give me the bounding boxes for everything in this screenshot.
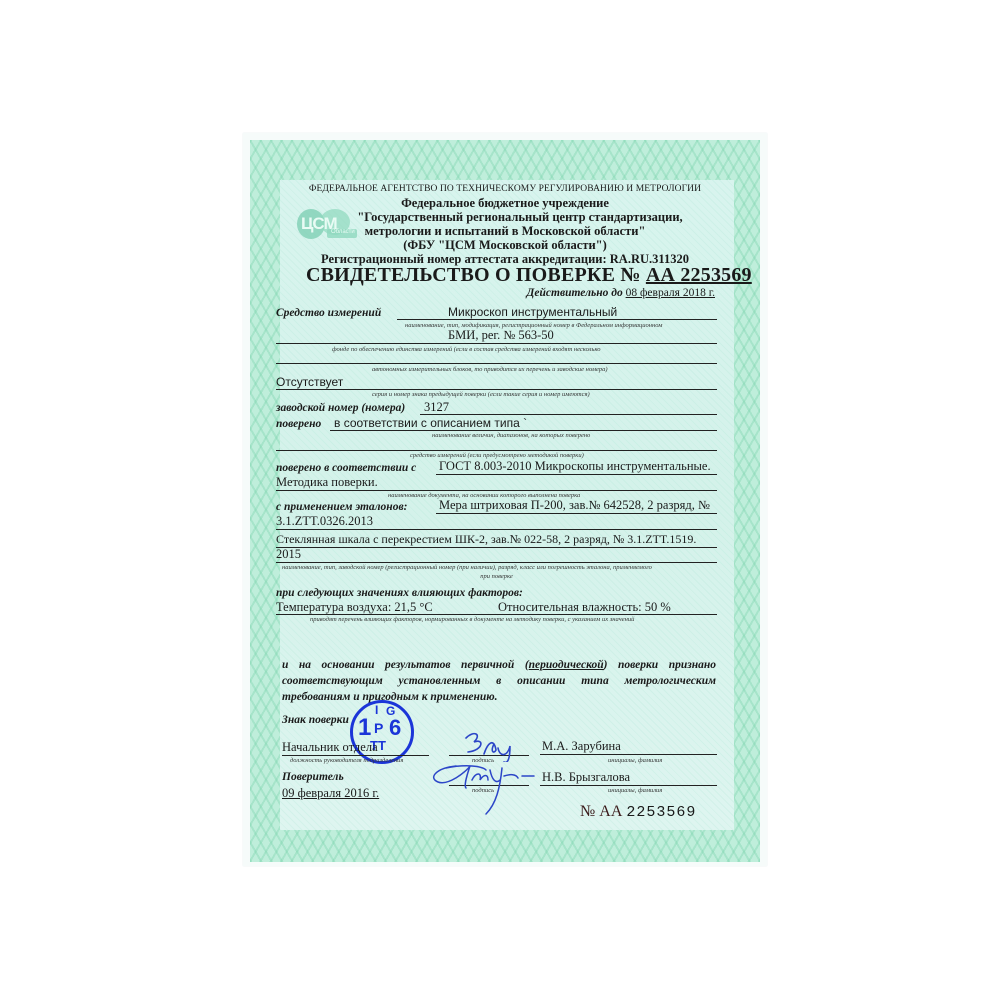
verifier-name: Н.В. Брызгалова	[542, 770, 630, 785]
verifier-label: Поверитель	[282, 771, 344, 783]
institution-name-line1: "Государственный региональный центр стан…	[265, 210, 775, 225]
method-value-2: Методика поверки.	[276, 475, 378, 490]
head-signature-icon	[460, 728, 530, 762]
standards-value-3: Стеклянная шкала с перекрестием ШК-2, за…	[276, 532, 696, 547]
conclusion-emphasis: периодической	[529, 659, 604, 671]
temperature-value: Температура воздуха: 21,5 °С	[276, 600, 433, 615]
certificate-title-prefix: СВИДЕТЕЛЬСТВО О ПОВЕРКЕ №	[306, 264, 641, 286]
standards-value-4: 2015	[276, 547, 301, 562]
certificate-number: АА 2253569	[646, 264, 752, 286]
head-name-hint: инициалы, фамилия	[608, 757, 662, 764]
instrument-value: Микроскоп инструментальный	[448, 305, 617, 319]
verifier-date: 09 февраля 2016 г.	[282, 786, 379, 801]
head-name: М.А. Зарубина	[542, 739, 621, 754]
conclusion-text: и на основании результатов первичной (пе…	[282, 657, 716, 705]
previous-mark-value: Отсутствует	[276, 375, 343, 389]
verifier-name-hint: инициалы, фамилия	[608, 787, 662, 794]
document-number: № АА 2253569	[580, 803, 696, 821]
factors-hint: приводят перечень влияющих факторов, нор…	[310, 616, 634, 623]
serial-number-value: 3127	[424, 400, 449, 415]
verified-hint-2: средство измерений (если предусмотрено м…	[410, 452, 584, 459]
document-number-prefix: № АА	[580, 803, 622, 820]
agency-name: ФЕДЕРАЛЬНОЕ АГЕНТСТВО ПО ТЕХНИЧЕСКОМУ РЕ…	[250, 184, 760, 194]
method-value-1: ГОСТ 8.003-2010 Микроскопы инструменталь…	[439, 459, 711, 474]
valid-until-date: 08 февраля 2018 г.	[626, 287, 715, 299]
standards-value-1: Мера штриховая П-200, зав.№ 642528, 2 ра…	[439, 498, 710, 513]
humidity-value: Относительная влажность: 50 %	[498, 600, 671, 615]
verifier-signature-icon	[426, 758, 542, 818]
stamp-center: P	[374, 720, 383, 736]
serial-number-label: заводской номер (номера)	[276, 402, 405, 414]
method-label: поверено в соответствии с	[276, 462, 416, 474]
standards-label: с применением эталонов:	[276, 501, 407, 513]
valid-until: Действительно до 08 февраля 2018 г.	[527, 287, 715, 299]
head-position-hint: должность руководителя подразделения	[290, 757, 403, 764]
document-number-value: 2253569	[626, 804, 696, 821]
instrument-hint-3: автономных измерительных блоков, то прив…	[372, 366, 608, 373]
institution-name-line2: метрологии и испытаний в Московской обла…	[250, 224, 760, 239]
stamp-top-left: I	[375, 703, 378, 717]
factors-label: при следующих значениях влияющих факторо…	[276, 587, 523, 599]
verified-value: в соответствии с описанием типа `	[334, 416, 527, 430]
institution-type: Федеральное бюджетное учреждение	[250, 196, 760, 211]
instrument-label: Средство измерений	[276, 307, 381, 319]
standards-value-2: 3.1.ZTT.0326.2013	[276, 514, 373, 529]
verification-mark-label: Знак поверки	[282, 714, 349, 726]
certificate-title: СВИДЕТЕЛЬСТВО О ПОВЕРКЕ № АА 2253569	[306, 264, 752, 287]
verified-label: поверено	[276, 418, 321, 430]
standards-hint-2: при поверке	[276, 573, 717, 580]
standards-hint-1: наименование, тип, заводской номер (реги…	[282, 564, 652, 571]
verified-hint-1: наименование величин, диапазонов, на кот…	[432, 432, 590, 439]
stamp-right: 6	[389, 715, 401, 741]
institution-short-name: (ФБУ "ЦСМ Московской области")	[250, 238, 760, 253]
instrument-hint-2: фонде по обеспечению единства измерений …	[332, 346, 601, 353]
previous-mark-hint: серия и номер знака предыдущей поверки (…	[372, 391, 590, 398]
head-position: Начальник отдела	[282, 740, 378, 755]
valid-until-label: Действительно до	[527, 287, 623, 299]
conclusion-part-1: и на основании результатов первичной (	[282, 659, 529, 671]
instrument-value-2: БМИ, рег. № 563-50	[448, 328, 554, 343]
